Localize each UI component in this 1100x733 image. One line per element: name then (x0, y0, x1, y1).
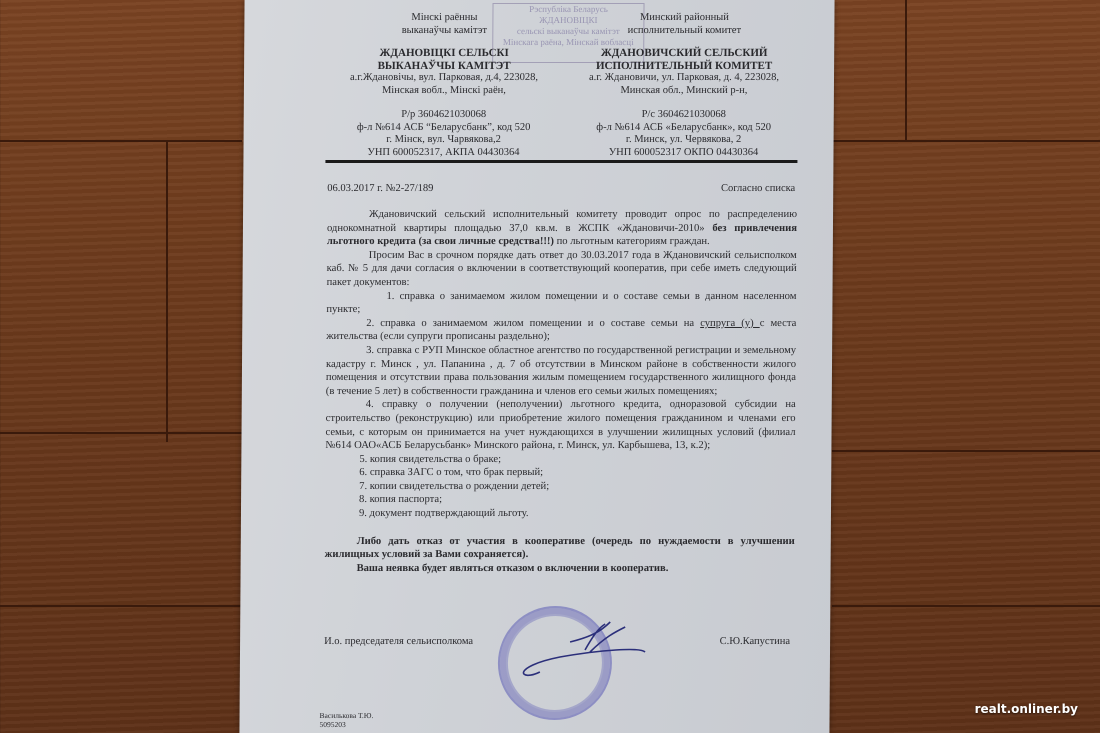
letterhead-divider (325, 160, 797, 163)
bank-name: ф-л №614 АСБ “Беларусбанк”, код 520 (324, 122, 564, 135)
signer-title: И.о. председателя сельисполкома (324, 636, 473, 647)
paragraph-request: Просим Вас в срочном порядке дать ответ … (327, 249, 797, 290)
reference-line: 06.03.2017 г. №2-27/189 Согласно списка (327, 183, 795, 194)
document-item: 4. справку о получении (неполучении) льг… (325, 398, 795, 452)
signature-line: И.о. председателя сельисполкома С.Ю.Капу… (324, 636, 790, 647)
bank-account: Р/с 3604621030068 (564, 109, 804, 122)
document-item: 1. справка о занимаемом жилом помещении … (326, 290, 796, 317)
letterhead-belarusian: Мінскі раённы выканаўчы камітэт ЖДАНОВІЦ… (323, 12, 564, 159)
org-name: ВЫКАНАЎЧЫ КАМІТЭТ (324, 60, 564, 73)
document-item: 7. копии свидетельства о рождении детей; (325, 480, 795, 494)
address: а.г.Ждановічы, вул. Парковая, д.4, 22302… (324, 72, 564, 85)
org-name: ЖДАНОВІЦКІ СЕЛЬСКІ (324, 47, 564, 60)
org-name: ЖДАНОВИЧСКИЙ СЕЛЬСКИЙ (564, 47, 804, 60)
floor-seam (832, 450, 1100, 452)
signer-name: С.Ю.Капустина (720, 636, 791, 647)
document-item: 2. справка о занимаемом жилом помещении … (326, 317, 796, 344)
official-letter: Рэспубліка Беларусь ЖДАНОВІЦКІ сельскі в… (239, 0, 834, 733)
district-name: Мінскі раённы (324, 12, 564, 25)
floor-seam (0, 140, 242, 142)
executor-phone: 5095203 (319, 720, 373, 729)
document-item: 6. справка ЗАГС о том, что брак первый; (325, 466, 795, 480)
no-show-note: Ваша неявка будет являться отказом о вкл… (325, 562, 795, 576)
address: а.г. Ждановичи, ул. Парковая, д. 4, 2230… (564, 72, 804, 85)
org-name: ИСПОЛНИТЕЛЬНЫЙ КОМИТЕТ (564, 60, 804, 73)
document-item: 8. копия паспорта; (325, 493, 795, 507)
bank-name: ф-л №614 АСБ «Беларусбанк», код 520 (564, 122, 804, 135)
address: Минская обл., Минский р-н, (564, 85, 804, 98)
bank-address: г. Минск, ул. Червякова, 2 (564, 134, 804, 147)
executor-name: Василькова Т.Ю. (320, 711, 374, 720)
floor-seam (832, 605, 1100, 607)
text: 2. справка о занимаемом жилом помещении … (366, 318, 700, 329)
underlined-text: супруга (у) (700, 318, 760, 329)
document-reference: 06.03.2017 г. №2-27/189 (327, 183, 433, 194)
letterhead-russian: Минский районный исполнительный комитет … (563, 12, 804, 159)
committee-name: исполнительный комитет (564, 25, 804, 38)
floor-seam (166, 142, 168, 442)
document-item: 5. копия свидетельства о браке; (325, 453, 795, 467)
bank-account: Р/р 3604621030068 (324, 109, 564, 122)
tax-ids: УНП 600052317, АКПА 04430364 (323, 147, 563, 160)
floor-seam (0, 432, 242, 434)
floor-seam (905, 0, 907, 140)
district-name: Минский районный (564, 12, 804, 25)
committee-name: выканаўчы камітэт (324, 25, 564, 38)
addressee: Согласно списка (721, 183, 795, 194)
floor-seam (832, 140, 1100, 142)
text: по льготным категориям граждан. (554, 236, 710, 247)
document-item: 3. справка с РУП Минское областное агент… (326, 344, 796, 398)
letter-body: Ждановичский сельский исполнительный ком… (325, 208, 798, 575)
paragraph-survey: Ждановичский сельский исполнительный ком… (327, 208, 797, 249)
bank-address: г. Мінск, вул. Чарвякова,2 (324, 134, 564, 147)
refusal-note: Либо дать отказ от участия в кооперативе… (325, 535, 795, 562)
executor-info: Василькова Т.Ю. 5095203 (319, 711, 373, 729)
floor-seam (0, 605, 242, 607)
document-item: 9. документ подтверждающий льготу. (325, 507, 795, 521)
signature-icon (500, 612, 651, 692)
tax-ids: УНП 600052317 ОКПО 04430364 (563, 147, 803, 160)
address: Мінская вобл., Мінскі раён, (324, 85, 564, 98)
site-watermark: realt.onliner.by (975, 702, 1078, 716)
